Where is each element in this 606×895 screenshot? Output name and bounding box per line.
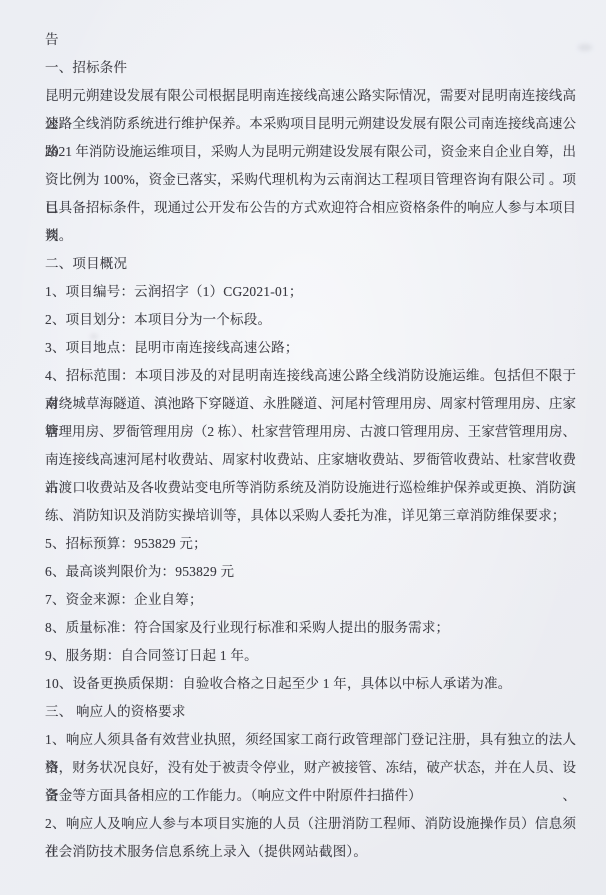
- document-line: 告: [45, 26, 576, 54]
- document-line: 昆明元朔建设发展有限公司根据昆明南连接线高速公路实际情况，需要对昆明南连接线高速: [45, 82, 576, 110]
- document-line: 2021 年消防设施运维项目，采购人为昆明元朔建设发展有限公司，资金来自企业自筹…: [45, 138, 576, 166]
- document-line: 5、招标预算：953829 元；: [45, 530, 576, 558]
- document-line: 8、质量标准：符合国家及行业现行标准和采购人提出的服务需求；: [45, 614, 576, 642]
- document-line: 南连接线高速河尾村收费站、周家村收费站、庄家塘收费站、罗衙管收费站、杜家营收费站…: [45, 446, 576, 474]
- document-line: 一、招标条件: [45, 54, 576, 82]
- document-line: 社会消防技术服务信息系统上录入（提供网站截图）。: [45, 838, 576, 866]
- document-line: 公路全线消防系统进行维护保养。本采购项目昆明元朔建设发展有限公司南连接线高速公路: [45, 110, 576, 138]
- document-line: 管理用房、罗衙管理用房（2 栋）、杜家营管理用房、古渡口管理用房、王家营管理用房…: [45, 418, 576, 446]
- document-line: 三、 响应人的资格要求: [45, 698, 576, 726]
- document-line: 1、项目编号：云润招字（1）CG2021-01；: [45, 278, 576, 306]
- document-line: 1、响应人须具备有效营业执照，须经国家工商行政管理部门登记注册，具有独立的法人资: [45, 726, 576, 754]
- document-line: 南绕城草海隧道、滇池路下穿隧道、永胜隧道、河尾村管理用房、周家村管理用房、庄家塘: [45, 390, 576, 418]
- scanned-document-page: 告一、招标条件昆明元朔建设发展有限公司根据昆明南连接线高速公路实际情况，需要对昆…: [0, 0, 606, 895]
- document-line: 9、服务期：自合同签订日起 1 年。: [45, 642, 576, 670]
- document-text-block: 告一、招标条件昆明元朔建设发展有限公司根据昆明南连接线高速公路实际情况，需要对昆…: [45, 26, 576, 866]
- document-line: 7、资金来源：企业自筹；: [45, 586, 576, 614]
- document-line: 资比例为 100%，资金已落实，采购代理机构为云南润达工程项目管理咨询有限公司 …: [45, 166, 576, 194]
- scan-smudge: [578, 44, 592, 51]
- document-line: 6、最高谈判限价为：953829 元: [45, 558, 576, 586]
- document-line: 10、设备更换质保期：自验收合格之日起至少 1 年，具体以中标人承诺为准。: [45, 670, 576, 698]
- document-line: 古渡口收费站及各收费站变电所等消防系统及消防设施进行巡检维护保养或更换、消防演: [45, 474, 576, 502]
- document-line: 练、消防知识及消防实操培训等，具体以采购人委托为准，详见第三章消防维保要求；: [45, 502, 576, 530]
- document-line: 3、项目地点：昆明市南连接线高速公路；: [45, 334, 576, 362]
- document-line: 判。: [45, 222, 576, 250]
- document-line: 2、响应人及响应人参与本项目实施的人员（注册消防工程师、消防设施操作员）信息须在: [45, 810, 576, 838]
- document-line: 已具备招标条件，现通过公开发布公告的方式欢迎符合相应资格条件的响应人参与本项目谈: [45, 194, 576, 222]
- document-line: 二、项目概况: [45, 250, 576, 278]
- document-line: 格，财务状况良好，没有处于被责令停业，财产被接管、冻结，破产状态，并在人员、设备…: [45, 754, 576, 782]
- document-line: 2、项目划分：本项目分为一个标段。: [45, 306, 576, 334]
- document-line: 4、招标范围：本项目涉及的对昆明南连接线高速公路全线消防设施运维。包括但不限于对: [45, 362, 576, 390]
